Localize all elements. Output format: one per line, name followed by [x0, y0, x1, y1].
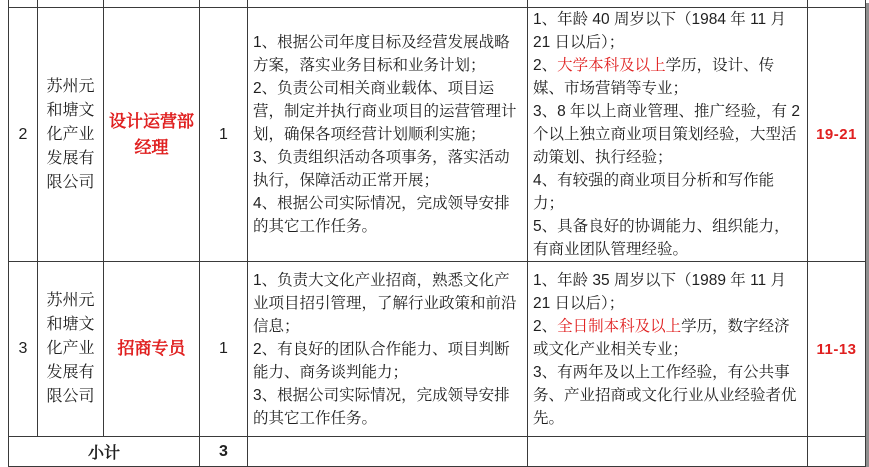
text-segment: 2、: [533, 318, 557, 335]
recruitment-table-container: 2 苏州元和塘文化产业发展有限公司 设计运营部经理 1 1、根据公司年度目标及经…: [8, 0, 866, 457]
text-item: 1、年龄 40 周岁以下（1984 年 11 月 21 日以后）；: [533, 8, 804, 54]
text-item: 1、负责大文化产业招商，熟悉文化产业项目招引管理，了解行业政策和前沿信息；: [253, 269, 524, 338]
cutoff-cell: [248, 0, 528, 8]
cutoff-row-top: [9, 0, 866, 8]
table-row: 3 苏州元和塘文化产业发展有限公司 招商专员 1 1、负责大文化产业招商，熟悉文…: [9, 262, 866, 437]
position-title: 招商专员: [104, 262, 200, 437]
duties-cell: 1、根据公司年度目标及经营发展战略方案，落实业务目标和业务计划；2、负责公司相关…: [248, 8, 528, 262]
requirements-text: 1、年龄 40 周岁以下（1984 年 11 月 21 日以后）；2、大学本科及…: [528, 8, 807, 261]
text-segment: 5、具备良好的协调能力、组织能力，有商业团队管理经验。: [533, 218, 790, 258]
text-segment: 1、年龄 40 周岁以下（1984 年 11 月 21 日以后）；: [533, 11, 786, 51]
duties-text: 1、负责大文化产业招商，熟悉文化产业项目招引管理，了解行业政策和前沿信息；2、有…: [248, 269, 527, 430]
cutoff-cell: [9, 0, 38, 8]
text-segment: 3、8 年以上商业管理、推广经验，有 2 个以上独立商业项目策划经验，大型活动策…: [533, 103, 800, 166]
cutoff-cell: [808, 0, 866, 8]
table-row: 2 苏州元和塘文化产业发展有限公司 设计运营部经理 1 1、根据公司年度目标及经…: [9, 8, 866, 262]
cutoff-cell: [528, 0, 808, 8]
subtotal-label: 小计: [9, 437, 200, 458]
company-name: 苏州元和塘文化产业发展有限公司: [38, 262, 104, 437]
requirements-cell: 1、年龄 35 周岁以下（1989 年 11 月 21 日以后）；2、全日制本科…: [528, 262, 808, 437]
text-item: 2、有良好的团队合作能力、项目判断能力、商务谈判能力；: [253, 338, 524, 384]
text-item: 4、根据公司实际情况，完成领导安排的其它工作任务。: [253, 192, 524, 238]
highlighted-text: 全日制本科及以上: [557, 318, 681, 335]
text-item: 2、大学本科及以上学历，设计、传媒、市场营销等专业；: [533, 54, 804, 100]
duties-cell: 1、负责大文化产业招商，熟悉文化产业项目招引管理，了解行业政策和前沿信息；2、有…: [248, 262, 528, 437]
text-item: 3、负责组织活动各项事务，落实活动执行，保障活动正常开展；: [253, 146, 524, 192]
text-item: 3、根据公司实际情况，完成领导安排的其它工作任务。: [253, 384, 524, 430]
requirements-cell: 1、年龄 40 周岁以下（1984 年 11 月 21 日以后）；2、大学本科及…: [528, 8, 808, 262]
cutoff-cell: [38, 0, 104, 8]
headcount: 1: [200, 262, 248, 437]
company-name: 苏州元和塘文化产业发展有限公司: [38, 8, 104, 262]
text-item: 1、年龄 35 周岁以下（1989 年 11 月 21 日以后）；: [533, 269, 804, 315]
recruitment-table: 2 苏州元和塘文化产业发展有限公司 设计运营部经理 1 1、根据公司年度目标及经…: [8, 0, 866, 457]
cutoff-cell: [104, 0, 200, 8]
text-item: 3、8 年以上商业管理、推广经验，有 2 个以上独立商业项目策划经验，大型活动策…: [533, 100, 804, 169]
subtotal-count: 3: [200, 437, 248, 458]
text-item: 2、全日制本科及以上学历，数字经济或文化产业相关专业；: [533, 315, 804, 361]
salary-range: 19-21: [808, 8, 866, 262]
text-segment: 4、有较强的商业项目分析和写作能力；: [533, 172, 774, 212]
duties-text: 1、根据公司年度目标及经营发展战略方案，落实业务目标和业务计划；2、负责公司相关…: [248, 31, 527, 238]
text-segment: 1、年龄 35 周岁以下（1989 年 11 月 21 日以后）；: [533, 272, 786, 312]
empty-cell: [528, 437, 808, 458]
text-item: 2、负责公司相关商业载体、项目运营，制定并执行商业项目的运营管理计划，确保各项经…: [253, 77, 524, 146]
text-item: 3、有两年及以上工作经验，有公共事务、产业招商或文化行业从业经验者优先。: [533, 361, 804, 430]
text-item: 1、根据公司年度目标及经营发展战略方案，落实业务目标和业务计划；: [253, 31, 524, 77]
row-number: 3: [9, 262, 38, 437]
subtotal-row: 小计 3: [9, 437, 866, 458]
text-item: 4、有较强的商业项目分析和写作能力；: [533, 169, 804, 215]
salary-range: 11-13: [808, 262, 866, 437]
headcount: 1: [200, 8, 248, 262]
text-item: 5、具备良好的协调能力、组织能力，有商业团队管理经验。: [533, 215, 804, 261]
cutoff-cell: [200, 0, 248, 8]
empty-cell: [248, 437, 528, 458]
text-segment: 2、: [533, 57, 557, 74]
position-title: 设计运营部经理: [104, 8, 200, 262]
text-segment: 3、有两年及以上工作经验，有公共事务、产业招商或文化行业从业经验者优先。: [533, 364, 797, 427]
highlighted-text: 大学本科及以上: [557, 57, 666, 74]
requirements-text: 1、年龄 35 周岁以下（1989 年 11 月 21 日以后）；2、全日制本科…: [528, 269, 807, 430]
row-number: 2: [9, 8, 38, 262]
empty-cell: [808, 437, 866, 458]
